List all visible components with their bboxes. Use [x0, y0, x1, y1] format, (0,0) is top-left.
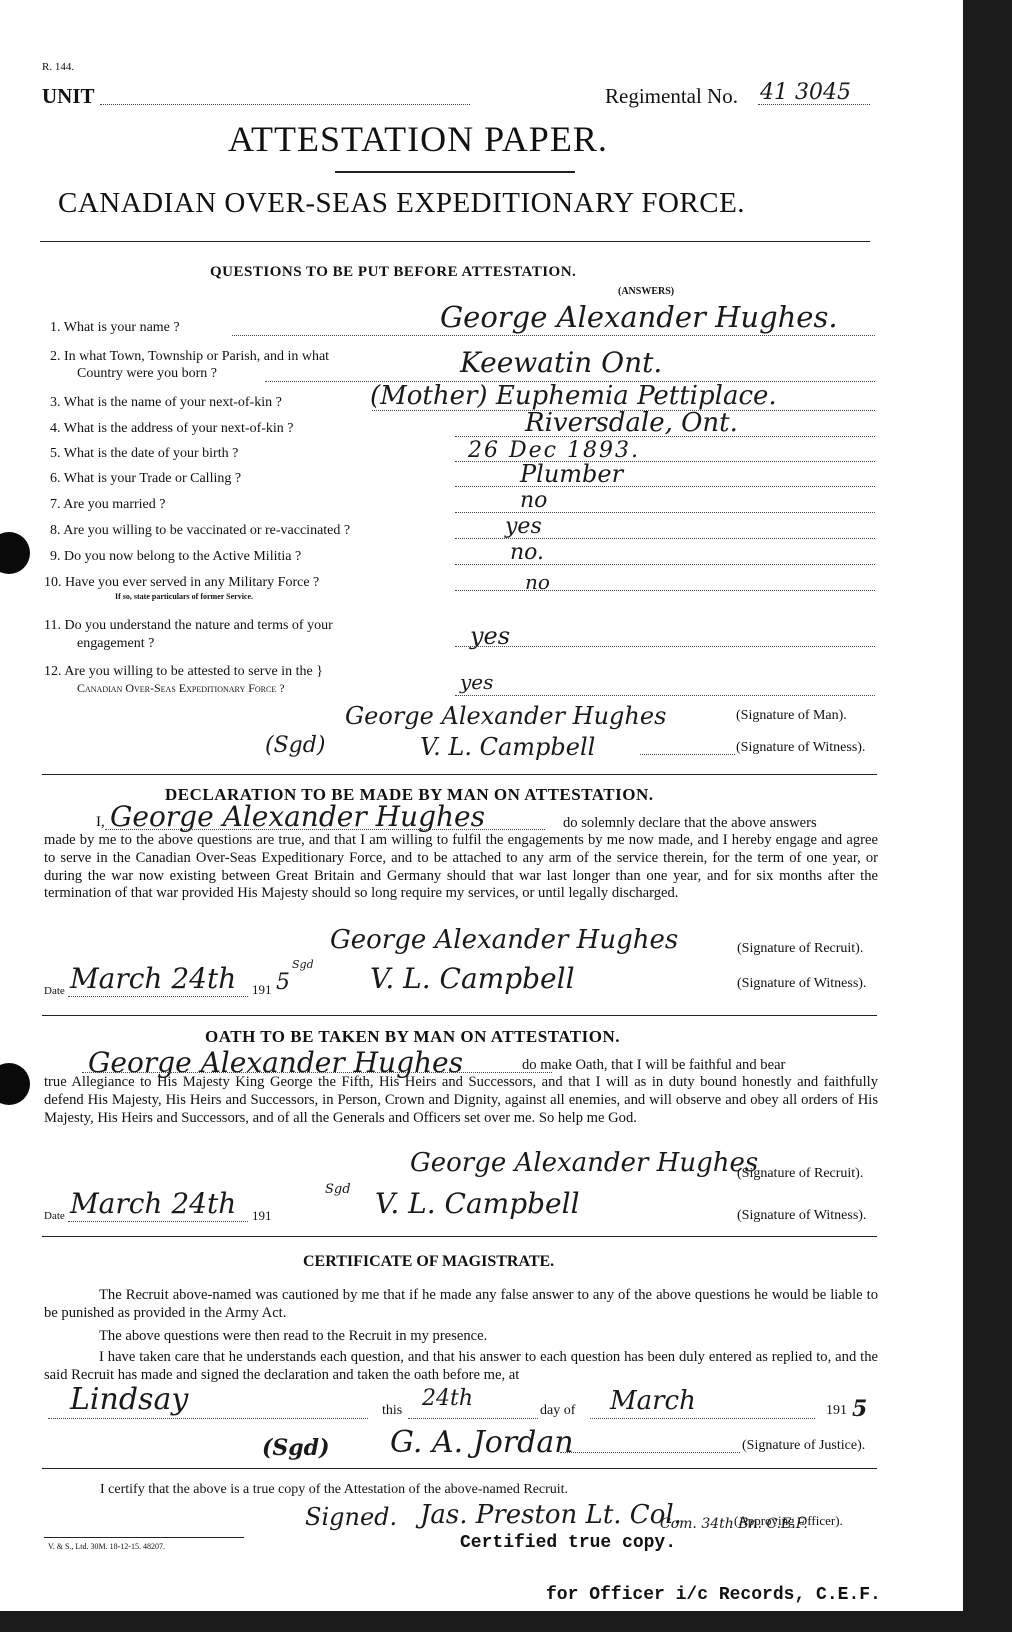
oath-witness-sgd: Sgd — [325, 1182, 351, 1197]
question-text: Are you willing to be attested to serve … — [64, 664, 312, 679]
declaration-signature-recruit: George Alexander Hughes — [330, 925, 678, 955]
question-text: Are you willing to be vaccinated or re-v… — [63, 523, 350, 538]
question-text: What is the date of your birth ? — [64, 446, 239, 461]
certification-signed: Signed. — [305, 1503, 397, 1531]
date-line — [68, 996, 248, 997]
declaration-name-line — [105, 829, 545, 830]
magistrate-para1: The Recruit above-named was cautioned by… — [44, 1287, 878, 1323]
question-text: Do you understand the nature and terms o… — [64, 618, 332, 633]
magistrate-place: Lindsay — [70, 1382, 188, 1417]
question-text: What is the name of your next-of-kin ? — [64, 395, 282, 410]
form-code: R. 144. — [42, 61, 74, 73]
magistrate-year-prefix: 191 — [826, 1403, 847, 1419]
declaration-signature-recruit-label: (Signature of Recruit). — [737, 941, 863, 957]
answers-label: (ANSWERS) — [618, 286, 674, 297]
declaration-signature-witness: V. L. Campbell — [370, 962, 575, 995]
question-text: Have you ever served in any Military For… — [65, 575, 319, 590]
question-number: 10. — [44, 575, 62, 590]
date-line — [68, 1221, 248, 1222]
answer-line — [455, 512, 875, 513]
question-number: 6. — [50, 471, 61, 486]
answer-understand: yes — [470, 622, 510, 650]
answer-line — [455, 486, 875, 487]
oath-name-line — [82, 1072, 552, 1073]
declaration-year-prefix: 191 — [252, 982, 272, 998]
witness-line — [640, 754, 735, 755]
signature-justice: G. A. Jordan — [390, 1425, 574, 1460]
magistrate-heading: CERTIFICATE OF MAGISTRATE. — [303, 1253, 554, 1271]
question-text: Are you married ? — [63, 497, 165, 512]
question-number: 3. — [50, 395, 61, 410]
oath-signature-recruit: George Alexander Hughes — [410, 1148, 758, 1178]
signature-man: George Alexander Hughes — [345, 702, 666, 730]
section-divider — [42, 774, 877, 775]
oath-signature-witness: V. L. Campbell — [375, 1187, 580, 1220]
answer-next-of-kin-address: Riversdale, Ont. — [525, 408, 738, 438]
answer-next-of-kin: (Mother) Euphemia Pettiplace. — [370, 381, 777, 411]
question-note: If so, state particulars of former Servi… — [115, 592, 253, 601]
regimental-field — [758, 104, 870, 105]
question-number: 7. — [50, 497, 61, 512]
answer-military-service: no — [525, 570, 550, 594]
signature-witness: V. L. Campbell — [420, 733, 595, 761]
question-number: 1. — [50, 320, 61, 335]
answer-militia: no. — [510, 540, 544, 565]
magistrate-year-suffix: 5 — [852, 1396, 867, 1422]
question-text: What is the address of your next-of-kin … — [64, 421, 294, 436]
declaration-date-label: Date — [44, 985, 65, 997]
page-title: ATTESTATION PAPER. — [228, 118, 608, 160]
unit-field — [100, 104, 470, 105]
question-number: 4. — [50, 421, 61, 436]
place-line — [48, 1418, 368, 1419]
declaration-signature-witness-label: (Signature of Witness). — [737, 976, 866, 992]
question-number: 12. — [44, 664, 62, 679]
question-text: In what Town, Township or Parish, and in… — [64, 349, 329, 364]
answer-line — [455, 695, 875, 696]
section-divider — [42, 1468, 877, 1469]
oath-date: March 24th — [70, 1187, 236, 1220]
section-divider — [42, 1236, 877, 1237]
justice-sgd: (Sgd) — [262, 1435, 329, 1461]
oath-date-label: Date — [44, 1210, 65, 1222]
question-number: 5. — [50, 446, 61, 461]
declaration-i: I, — [96, 814, 105, 831]
answer-name: George Alexander Hughes. — [440, 300, 838, 334]
question-text-cont: Canadian Over-Seas Expeditionary Force ? — [77, 681, 285, 696]
magistrate-month: March — [610, 1386, 696, 1416]
this-label: this — [382, 1403, 402, 1419]
oath-line1-tail: do make Oath, that I will be faithful an… — [522, 1057, 785, 1074]
signature-justice-label: (Signature of Justice). — [742, 1438, 865, 1454]
signature-man-label: (Signature of Man). — [736, 708, 847, 724]
unit-label: UNIT — [42, 84, 95, 109]
punch-hole — [0, 1063, 30, 1105]
answer-line — [455, 590, 875, 591]
day-of-label: day of — [540, 1403, 575, 1419]
answer-line — [232, 335, 875, 336]
printer-rule — [44, 1537, 244, 1538]
declaration-date: March 24th — [70, 962, 236, 995]
signature-approving-officer: Jas. Preston Lt. Col. — [420, 1500, 682, 1530]
signature-witness-label: (Signature of Witness). — [736, 740, 865, 756]
certification-text: I certify that the above is a true copy … — [100, 1482, 568, 1498]
oath-signature-witness-label: (Signature of Witness). — [737, 1208, 866, 1224]
records-stamp: for Officer i/c Records, C.E.F. — [546, 1585, 881, 1605]
question-text: What is your Trade or Calling ? — [64, 471, 241, 486]
question-text-cont: Country were you born ? — [77, 366, 217, 382]
printer-line: V. & S., Ltd. 30M. 18-12-15. 48207. — [48, 1542, 165, 1551]
question-number: 2. — [50, 349, 61, 364]
declaration-line1-tail: do solemnly declare that the above answe… — [563, 815, 817, 832]
magistrate-day: 24th — [422, 1386, 473, 1411]
answer-willing-attest: yes — [460, 670, 493, 694]
oath-signature-recruit-label: (Signature of Recruit). — [737, 1166, 863, 1182]
regimental-label: Regimental No. — [605, 84, 738, 109]
declaration-witness-sgd: Sgd — [292, 958, 314, 971]
magistrate-para3: I have taken care that he understands ea… — [44, 1349, 878, 1385]
month-line — [590, 1418, 815, 1419]
answer-vaccinated: yes — [505, 514, 542, 539]
question-number: 11. — [44, 618, 61, 633]
oath-body: true Allegiance to His Majesty King Geor… — [44, 1074, 878, 1127]
question-number: 8. — [50, 523, 61, 538]
question-number: 9. — [50, 549, 61, 564]
questions-heading: QUESTIONS TO BE PUT BEFORE ATTESTATION. — [210, 264, 576, 281]
answer-married: no — [520, 488, 547, 513]
regimental-number: 41 3045 — [760, 80, 851, 105]
witness-sgd: (Sgd) — [265, 733, 325, 758]
declaration-year-suffix: 5 — [276, 970, 290, 995]
attestation-paper: R. 144. UNIT Regimental No. 41 3045 ATTE… — [0, 0, 963, 1611]
day-line — [408, 1418, 538, 1419]
answer-line — [455, 646, 875, 647]
certified-stamp: Certified true copy. — [460, 1533, 676, 1553]
question-text: What is your name ? — [64, 320, 180, 335]
oath-year-prefix: 191 — [252, 1208, 272, 1224]
answer-trade: Plumber — [520, 460, 623, 488]
declaration-body: made by me to the above questions are tr… — [44, 832, 878, 903]
section-divider — [42, 1015, 877, 1016]
page-subtitle: CANADIAN OVER-SEAS EXPEDITIONARY FORCE. — [58, 187, 745, 220]
title-divider — [335, 171, 575, 173]
oath-heading: OATH TO BE TAKEN BY MAN ON ATTESTATION. — [205, 1027, 620, 1047]
justice-line — [560, 1452, 740, 1453]
signature-approving-officer-label: (Approving Officer). — [734, 1513, 843, 1529]
question-text: Do you now belong to the Active Militia … — [64, 549, 301, 564]
magistrate-para2: The above questions were then read to th… — [44, 1328, 878, 1346]
punch-hole — [0, 532, 30, 574]
header-divider — [40, 241, 870, 242]
answer-birthplace: Keewatin Ont. — [460, 346, 662, 379]
question-text-cont: engagement ? — [77, 636, 154, 652]
